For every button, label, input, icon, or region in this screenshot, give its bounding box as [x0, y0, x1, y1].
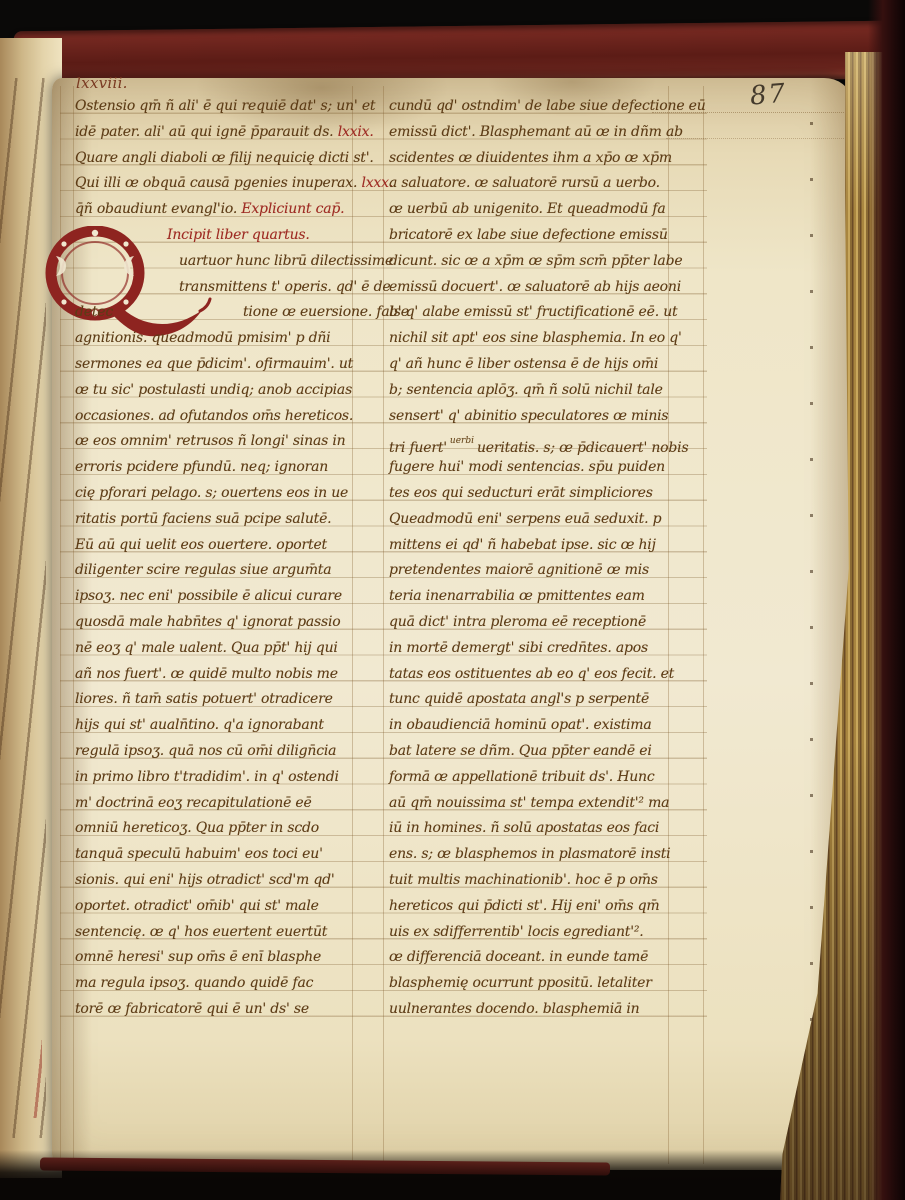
ink-text: ipsoʒ. nec eni' possibile ē alicui curar… — [75, 588, 342, 604]
ink-text: tri fuert' — [389, 440, 447, 456]
manuscript-line: sermones ea que p̄dicim'. ofirmauim'. ut — [75, 352, 375, 378]
ink-text: uis ex sdifferrentib' locis egrediant'². — [389, 924, 644, 940]
manuscript-line: teria inenarrabilia œ pmittentes eam — [389, 584, 689, 610]
ink-text: emissū dict'. Blasphemant aū œ in dñm ab — [389, 124, 683, 140]
manuscript-line: tanquā speculū habuim' eos toci eu' — [75, 842, 375, 868]
ink-text: regulā ipsoʒ. quā nos cū om̄i dilign̄cia — [75, 743, 336, 759]
rubric-text: lxxix. — [333, 124, 373, 140]
interlinear-gloss: uerbi — [450, 436, 474, 446]
right-text-column: cundū qd' ostndim' de labe siue defectio… — [389, 94, 689, 1023]
manuscript-line: hijs qui st' aualn̄tino. q'a ignorabant — [75, 713, 375, 739]
chapter-number-heading: lxxviii. — [76, 74, 128, 92]
manuscript-line: ma regula ipsoʒ. quando quidē fac — [75, 971, 375, 997]
manuscript-line: erroris pcidere pfundū. neq; ignoran — [75, 455, 375, 481]
manuscript-line: Queadmodū eni' serpens euā seduxit. p — [389, 507, 689, 533]
ink-text: fugere hui' modi sentencias. sp̄u puiden — [389, 459, 665, 475]
ink-text: œ tu sic' postulasti undiq; anob accipia… — [75, 382, 352, 398]
manuscript-line: bat latere se dñm. Qua pp̄ter eandē ei — [389, 739, 689, 765]
manuscript-line: blasphemię ocurrunt ppositū. letaliter — [389, 971, 689, 997]
manuscript-line: dicunt. sic œ a xp̄m œ sp̄m scm̄ pp̄ter … — [389, 249, 689, 275]
manuscript-line: cundū qd' ostndim' de labe siue defectio… — [389, 94, 689, 120]
ink-text: in mortē demergt' sibi credn̄tes. apos — [389, 640, 648, 656]
manuscript-line: in mortē demergt' sibi credn̄tes. apos — [389, 636, 689, 662]
ink-text: Quare angli diaboli œ filij nequicię dic… — [75, 150, 374, 166]
ink-text: uartuor hunc librū dilectissime — [179, 253, 393, 269]
manuscript-line: fugere hui' modi sentencias. sp̄u puiden — [389, 455, 689, 481]
ink-text: oportet. otradict' om̄ib' qui st' male — [75, 898, 319, 914]
manuscript-line: uis ex sdifferrentib' locis egrediant'². — [389, 920, 689, 946]
ink-text: omnē heresi' sup om̄s ē enī blasphe — [75, 949, 321, 965]
left-text-column: Ostensio qm̄ ñ ali' ē qui requiē dat' s;… — [75, 94, 375, 1023]
ink-text: œ uerbū ab unigenito. Et queadmodū fa — [389, 201, 666, 217]
manuscript-line: tuit multis machinationib'. hoc ē p om̄s — [389, 868, 689, 894]
manuscript-line: quosdā male habn̄tes q' ignorat passio — [75, 610, 375, 636]
ink-text: nē eoʒ q' male ualent. Qua pp̄t' hij qui — [75, 640, 338, 656]
ink-text: sionis. qui eni' hijs otradict' scd'm qd… — [75, 872, 335, 888]
ink-text: hijs qui st' aualn̄tino. q'a ignorabant — [75, 717, 324, 733]
manuscript-line: iū in homines. ñ solū apostatas eos faci — [389, 816, 689, 842]
manuscript-line: ens. s; œ blasphemos in plasmatorē insti — [389, 842, 689, 868]
manuscript-line: quā dict' intra pleroma eē receptionē — [389, 610, 689, 636]
manuscript-line: Quare angli diaboli œ filij nequicię dic… — [75, 146, 375, 172]
ink-text: quosdā male habn̄tes q' ignorat passio — [75, 614, 341, 630]
ink-text: idē pater. ali' aū qui ignē p̄parauit ds… — [75, 124, 333, 140]
ink-text: añ nos fuert'. œ quidē multo nobis me — [75, 666, 338, 682]
manuscript-line: mittens ei qd' ñ habebat ipse. sic œ hij — [389, 533, 689, 559]
ink-text: cię pforari pelago. s; ouertens eos in u… — [75, 485, 348, 501]
ink-text: q̄ñ obaudiunt evangl'io. — [75, 201, 241, 217]
ink-text: bricatorē ex labe siue defectione emissū — [389, 227, 668, 243]
manuscript-line: emissū docuert'. œ saluatorē ab hijs aeo… — [389, 275, 689, 301]
manuscript-line: q̄ñ obaudiunt evangl'io. Expliciunt cap̄… — [75, 197, 375, 223]
ink-text: emissū docuert'. œ saluatorē ab hijs aeo… — [389, 279, 681, 295]
manuscript-line: regulā ipsoʒ. quā nos cū om̄i dilign̄cia — [75, 739, 375, 765]
manuscript-line: nichil sit apt' eos sine blasphemia. In … — [389, 326, 689, 352]
rubric-text: Incipit liber quartus. — [167, 227, 310, 243]
manuscript-line: œ differenciā doceant. in eunde tamē — [389, 945, 689, 971]
manuscript-line: ritatis portū faciens suā pcipe salutē. — [75, 507, 375, 533]
manuscript-line: aū qm̄ nouissima st' tempa extendit'² ma — [389, 791, 689, 817]
manuscript-line: b; sentencia aplōʒ. qm̄ ñ solū nichil ta… — [389, 378, 689, 404]
ink-text: quā dict' intra pleroma eē receptionē — [389, 614, 646, 630]
manuscript-line: tri fuert'uerbiueritatis. s; œ p̄dicauer… — [389, 429, 689, 455]
manuscript-line: emissū dict'. Blasphemant aū œ in dñm ab — [389, 120, 689, 146]
ink-text: ma regula ipsoʒ. quando quidē fac — [75, 975, 313, 991]
rubric-text: lxxx. — [357, 175, 393, 191]
manuscript-line: q' añ hunc ē liber ostensa ē de hijs om̄… — [389, 352, 689, 378]
ink-text: b' q' alabe emissū st' fructificationē e… — [389, 304, 677, 320]
ink-text: in primo libro t'tradidim'. in q' ostend… — [75, 769, 339, 785]
ink-text: scidentes œ diuidentes ihm a xp̄o œ xp̄m — [389, 150, 672, 166]
ink-text: liores. ñ tam̄ satis potuert' otradicere — [75, 691, 333, 707]
manuscript-line: a saluatore. œ saluatorē rursū a uerbo. — [389, 171, 689, 197]
manuscript-line: tatas eos ostituentes ab eo q' eos fecit… — [389, 662, 689, 688]
ink-text: ritatis portū faciens suā pcipe salutē. — [75, 511, 331, 527]
ink-text: Eū aū qui uelit eos ouertere. oportet — [75, 537, 327, 553]
margin-ruling-line — [666, 138, 876, 139]
ink-text: aū qm̄ nouissima st' tempa extendit'² ma — [389, 795, 669, 811]
manuscript-line: in primo libro t'tradidim'. in q' ostend… — [75, 765, 375, 791]
manuscript-line: œ tu sic' postulasti undiq; anob accipia… — [75, 378, 375, 404]
ink-text: a saluatore. œ saluatorē rursū a uerbo. — [389, 175, 660, 191]
ink-text: diligenter scire regulas siue argum̄ta — [75, 562, 331, 578]
manuscript-line: occasiones. ad ofutandos om̄s hereticos. — [75, 404, 375, 430]
manuscript-line: Qui illi œ obquā causā pgenies inuperax.… — [75, 171, 375, 197]
ink-text: œ eos omnim' retrusos ñ longi' sinas in — [75, 433, 345, 449]
folio-number: 87 — [749, 78, 789, 111]
manuscript-line: añ nos fuert'. œ quidē multo nobis me — [75, 662, 375, 688]
ink-text: Qui illi œ obquā causā pgenies inuperax. — [75, 175, 357, 191]
manuscript-line: agnitionis. queadmodū pmisim' p dñi — [75, 326, 375, 352]
ink-text: Ostensio qm̄ ñ ali' ē qui requiē dat' s;… — [75, 98, 375, 114]
ink-text: œ differenciā doceant. in eunde tamē — [389, 949, 648, 965]
ink-text: sentencię. œ q' hos euertent euertūt — [75, 924, 327, 940]
ink-text: sermones ea que p̄dicim'. ofirmauim'. ut — [75, 356, 353, 372]
manuscript-photo: lxxviii. 87 Ostensio qm̄ ñ ali' ē qui re… — [0, 0, 905, 1200]
manuscript-line: tunc quidē apostata angl's p serpentē — [389, 687, 689, 713]
manuscript-line: Ostensio qm̄ ñ ali' ē qui requiē dat' s;… — [75, 94, 375, 120]
manuscript-line: transmittens t' operis. qd' ē de — [75, 275, 375, 301]
manuscript-line: Eū aū qui uelit eos ouertere. oportet — [75, 533, 375, 559]
manuscript-line: b' q' alabe emissū st' fructificationē e… — [389, 300, 689, 326]
manuscript-line: in obaudienciā hominū opat'. existima — [389, 713, 689, 739]
ink-text: occasiones. ad ofutandos om̄s hereticos. — [75, 408, 353, 424]
manuscript-line: idē pater. ali' aū qui ignē p̄parauit ds… — [75, 120, 375, 146]
ink-text: pretendentes maiorē agnitionē œ mis — [389, 562, 649, 578]
ink-text: torē œ fabricatorē qui ē un' ds' se — [75, 1001, 309, 1017]
ink-text: b; sentencia aplōʒ. qm̄ ñ solū nichil ta… — [389, 382, 663, 398]
manuscript-line: tes eos qui seducturi erāt simpliciores — [389, 481, 689, 507]
ink-text: transmittens t' operis. qd' ē de — [179, 279, 390, 295]
manuscript-line: bricatorē ex labe siue defectione emissū — [389, 223, 689, 249]
ink-text: in obaudienciā hominū opat'. existima — [389, 717, 652, 733]
ink-text: bat latere se dñm. Qua pp̄ter eandē ei — [389, 743, 652, 759]
ink-text: q' añ hunc ē liber ostensa ē de hijs om̄… — [389, 356, 658, 372]
manuscript-line: sensert' q' abinitio speculatores œ mini… — [389, 404, 689, 430]
ink-text: tuit multis machinationib'. hoc ē p om̄s — [389, 872, 658, 888]
ink-text: sensert' q' abinitio speculatores œ mini… — [389, 408, 668, 424]
manuscript-page: lxxviii. 87 Ostensio qm̄ ñ ali' ē qui re… — [52, 78, 850, 1170]
rubric-text: Expliciunt cap̄. — [241, 201, 344, 217]
manuscript-line: oportet. otradict' om̄ib' qui st' male — [75, 894, 375, 920]
manuscript-line: sentencię. œ q' hos euertent euertūt — [75, 920, 375, 946]
ink-text: blasphemię ocurrunt ppositū. letaliter — [389, 975, 652, 991]
manuscript-line: omnē heresi' sup om̄s ē enī blasphe — [75, 945, 375, 971]
ink-text: ueritatis. s; œ p̄dicauert' nobis — [477, 440, 688, 456]
ink-text: detec — [75, 304, 113, 320]
manuscript-line: œ eos omnim' retrusos ñ longi' sinas in — [75, 429, 375, 455]
manuscript-line: Incipit liber quartus. — [75, 223, 375, 249]
ink-text: Queadmodū eni' serpens euā seduxit. p — [389, 511, 661, 527]
ink-text: mittens ei qd' ñ habebat ipse. sic œ hij — [389, 537, 656, 553]
manuscript-line: sionis. qui eni' hijs otradict' scd'm qd… — [75, 868, 375, 894]
manuscript-line: torē œ fabricatorē qui ē un' ds' se — [75, 997, 375, 1023]
ink-text: omniū hereticoʒ. Qua pp̄ter in scdo — [75, 820, 319, 836]
book-cover-right-edge — [868, 0, 905, 1200]
ink-text: teria inenarrabilia œ pmittentes eam — [389, 588, 645, 604]
manuscript-line: uulnerantes docendo. blasphemiā in — [389, 997, 689, 1023]
manuscript-line: nē eoʒ q' male ualent. Qua pp̄t' hij qui — [75, 636, 375, 662]
manuscript-line: œ uerbū ab unigenito. Et queadmodū fa — [389, 197, 689, 223]
ink-text: tanquā speculū habuim' eos toci eu' — [75, 846, 323, 862]
manuscript-line: m' doctrinā eoʒ recapitulationē eē — [75, 791, 375, 817]
ink-text: agnitionis. queadmodū pmisim' p dñi — [75, 330, 330, 346]
manuscript-line: pretendentes maiorē agnitionē œ mis — [389, 558, 689, 584]
manuscript-line: ipsoʒ. nec eni' possibile ē alicui curar… — [75, 584, 375, 610]
ink-text: tunc quidē apostata angl's p serpentē — [389, 691, 649, 707]
ink-text: iū in homines. ñ solū apostatas eos faci — [389, 820, 659, 836]
ink-text: cundū qd' ostndim' de labe siue defectio… — [389, 98, 706, 114]
manuscript-line: detectione œ euersione. false — [75, 300, 375, 326]
ink-text: dicunt. sic œ a xp̄m œ sp̄m scm̄ pp̄ter … — [389, 253, 682, 269]
manuscript-line: omniū hereticoʒ. Qua pp̄ter in scdo — [75, 816, 375, 842]
manuscript-line: hereticos qui p̄dicti st'. Hij eni' om̄s… — [389, 894, 689, 920]
manuscript-line: formā œ appellationē tribuit ds'. Hunc — [389, 765, 689, 791]
ink-text: tes eos qui seducturi erāt simpliciores — [389, 485, 653, 501]
ink-text: tatas eos ostituentes ab eo q' eos fecit… — [389, 666, 674, 682]
ink-text: formā œ appellationē tribuit ds'. Hunc — [389, 769, 655, 785]
ink-text: hereticos qui p̄dicti st'. Hij eni' om̄s… — [389, 898, 659, 914]
ink-text: ens. s; œ blasphemos in plasmatorē insti — [389, 846, 670, 862]
manuscript-line: uartuor hunc librū dilectissime — [75, 249, 375, 275]
manuscript-line: cię pforari pelago. s; ouertens eos in u… — [75, 481, 375, 507]
ink-text: m' doctrinā eoʒ recapitulationē eē — [75, 795, 312, 811]
manuscript-line: liores. ñ tam̄ satis potuert' otradicere — [75, 687, 375, 713]
ink-text: uulnerantes docendo. blasphemiā in — [389, 1001, 639, 1017]
manuscript-line: diligenter scire regulas siue argum̄ta — [75, 558, 375, 584]
manuscript-line: scidentes œ diuidentes ihm a xp̄o œ xp̄m — [389, 146, 689, 172]
ink-text: nichil sit apt' eos sine blasphemia. In … — [389, 330, 682, 346]
ink-text: tione œ euersione. false — [243, 304, 409, 320]
ink-text: erroris pcidere pfundū. neq; ignoran — [75, 459, 328, 475]
